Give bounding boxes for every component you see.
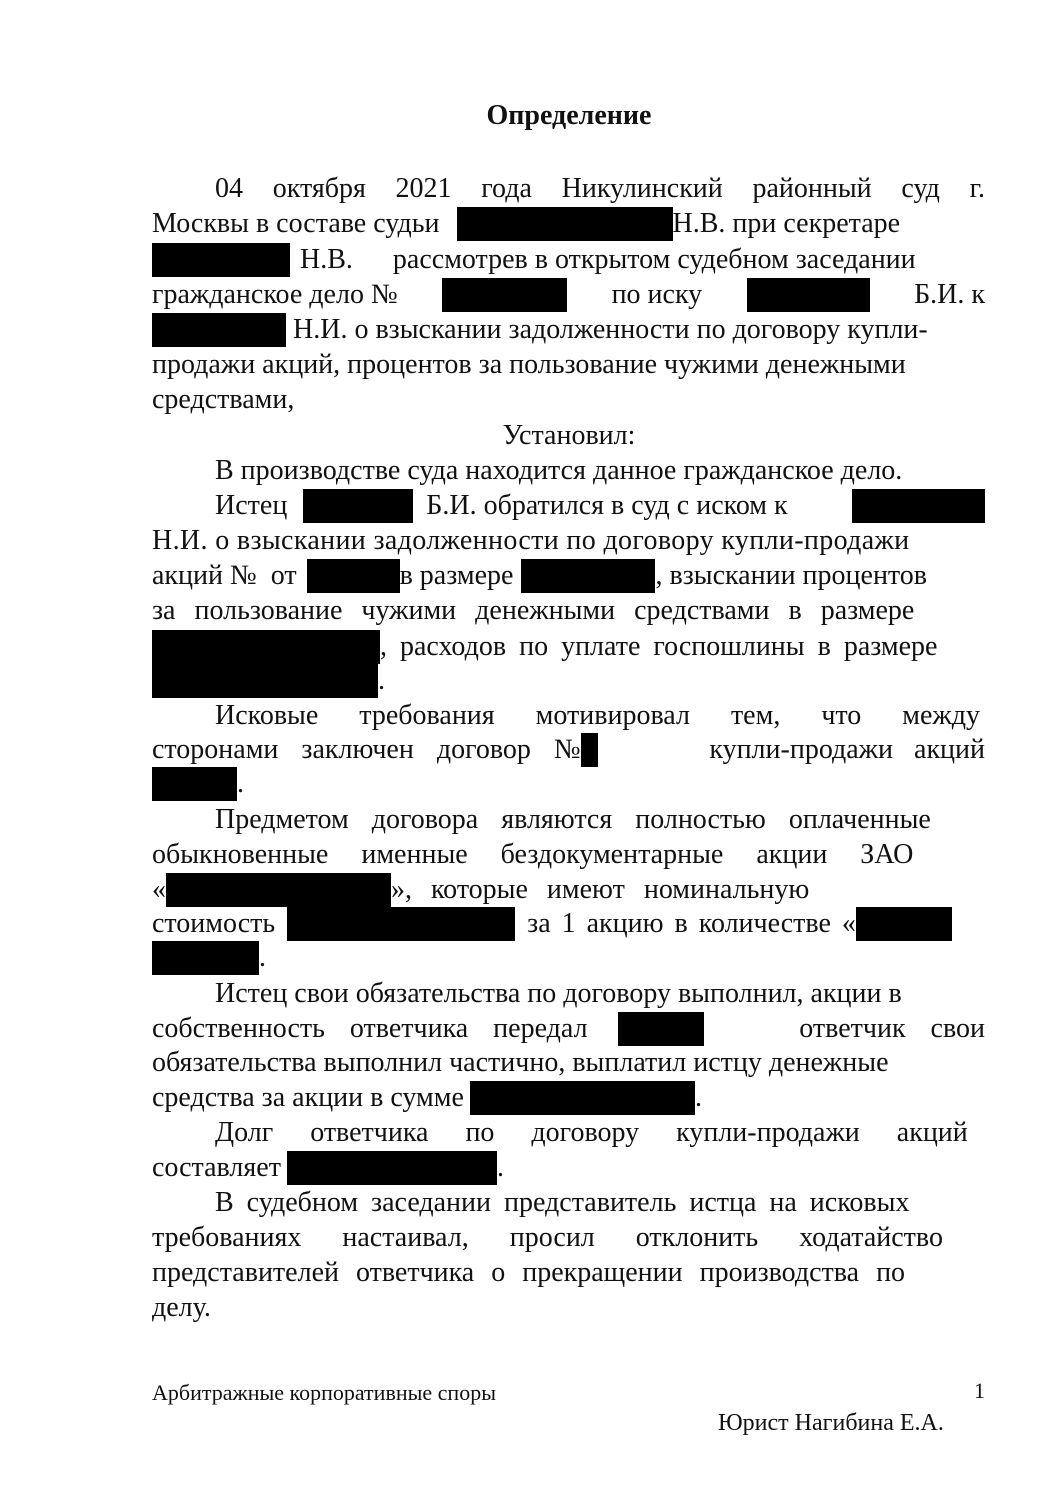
- text: рассмотрев в открытом судебном заседании: [393, 243, 916, 277]
- intro-line-7: средствами,: [152, 383, 985, 417]
- paragraph-2-line-4: за пользование чужими денежными средства…: [152, 594, 985, 628]
- text: В судебном заседании представитель истца…: [215, 1186, 909, 1220]
- text: 04: [215, 172, 243, 206]
- redaction-block: [307, 559, 400, 593]
- intro-line-5: Н.И. о взыскании задолженности по догово…: [152, 313, 985, 347]
- text: , взыскании процентов: [655, 559, 927, 593]
- text: Истец: [215, 489, 287, 523]
- text: средства за акции в сумме: [152, 1081, 464, 1115]
- text: в размере: [400, 559, 514, 593]
- redaction-block: [521, 559, 655, 593]
- redaction-block: [166, 873, 391, 907]
- text: .: [259, 941, 266, 975]
- redaction-block: [442, 278, 567, 312]
- redaction-block: [457, 207, 673, 241]
- text: Исковые требования мотивировал тем, что …: [215, 699, 980, 733]
- redaction-block: [152, 767, 237, 801]
- paragraph-2-line-3: акций № от в размере , взыскании процент…: [152, 559, 985, 593]
- redaction-block: [581, 733, 598, 767]
- redaction-block: [152, 664, 378, 698]
- text: купли-продажи акций: [709, 733, 985, 767]
- intro-line-6: продажи акций, процентов за пользование …: [152, 348, 985, 382]
- text: составляет: [152, 1151, 281, 1185]
- text: Долг ответчика по договору купли-продажи…: [215, 1116, 968, 1150]
- text: Н.В. при секретаре: [673, 207, 901, 241]
- paragraph-5-line-1: Истец свои обязательства по договору вып…: [215, 977, 985, 1011]
- paragraph-6-line-1: Долг ответчика по договору купли-продажи…: [215, 1116, 985, 1150]
- redaction-block: [287, 1151, 497, 1185]
- redaction-block: [152, 630, 380, 664]
- text: Москвы в составе судьи: [152, 207, 440, 241]
- text: акций № от: [152, 559, 297, 593]
- text: за пользование чужими денежными средства…: [152, 594, 914, 628]
- text: .: [237, 767, 244, 801]
- footer-author: Юрист Нагибина Е.А.: [718, 1410, 944, 1437]
- paragraph-5-line-2: собственность ответчика передал ответчик…: [152, 1012, 985, 1046]
- text: Предметом договора являются полностью оп…: [215, 803, 931, 837]
- paragraph-2-line-6: .: [152, 664, 985, 698]
- redaction-block: [747, 278, 870, 312]
- text: ответчик свои: [799, 1012, 985, 1046]
- paragraph-4-line-1: Предметом договора являются полностью оп…: [215, 803, 985, 837]
- text: года: [481, 172, 532, 206]
- text: средствами,: [152, 383, 294, 417]
- text: представителей ответчика о прекращении п…: [152, 1256, 905, 1290]
- text: Н.И. о взыскании задолженности по догово…: [152, 524, 910, 558]
- intro-line-3: Н.В. рассмотрев в открытом судебном засе…: [152, 243, 985, 277]
- text: 2021: [396, 172, 452, 206]
- paragraph-2-line-5: , расходов по уплате госпошлины в размер…: [152, 630, 985, 664]
- redaction-block: [856, 907, 952, 941]
- text: суд: [901, 172, 940, 206]
- redaction-block: [470, 1081, 695, 1115]
- paragraph-4-line-2: обыкновенные именные бездокументарные ак…: [152, 838, 985, 872]
- document-title: Определение: [0, 100, 1061, 132]
- text: обязательства выполнил частично, выплати…: [152, 1046, 889, 1080]
- text: делу.: [152, 1291, 211, 1325]
- text: обыкновенные именные бездокументарные ак…: [152, 838, 913, 872]
- paragraph-7-line-3: представителей ответчика о прекращении п…: [152, 1256, 985, 1290]
- paragraph-4-line-4: стоимость за 1 акцию в количестве «: [152, 907, 985, 941]
- text: Б.И. обратился в суд с иском к: [426, 489, 787, 523]
- text: Никулинский: [562, 172, 723, 206]
- text: за 1 акцию в количестве «: [527, 907, 856, 941]
- paragraph-5-line-4: средства за акции в сумме .: [152, 1081, 985, 1115]
- text: г.: [970, 172, 985, 206]
- intro-line-2: Москвы в составе судьи Н.В. при секретар…: [152, 207, 985, 241]
- footer-left-text: Арбитражные корпоративные споры: [152, 1380, 496, 1406]
- text: Н.И. о взыскании задолженности по догово…: [293, 313, 928, 347]
- text: », которые имеют номинальную: [391, 873, 809, 907]
- paragraph-7-line-4: делу.: [152, 1291, 985, 1325]
- text: по иску: [612, 278, 703, 312]
- paragraph-2-line-1: Истец Б.И. обратился в суд с иском к: [215, 489, 985, 523]
- paragraph-5-line-3: обязательства выполнил частично, выплати…: [152, 1046, 985, 1080]
- text: В производстве суда находится данное гра…: [215, 454, 902, 488]
- text: .: [497, 1151, 504, 1185]
- paragraph-7-line-1: В судебном заседании представитель истца…: [215, 1186, 985, 1220]
- text: сторонами заключен договор №: [152, 733, 581, 767]
- text: гражданское дело №: [152, 278, 398, 312]
- paragraph-3-line-2: сторонами заключен договор № купли-прода…: [152, 733, 985, 767]
- section-heading: Установил:: [0, 419, 1061, 453]
- text: собственность ответчика передал: [152, 1012, 588, 1046]
- paragraph-1: В производстве суда находится данное гра…: [215, 454, 985, 488]
- text: Н.В.: [300, 243, 353, 277]
- page-number: 1: [974, 1378, 985, 1404]
- text: Истец свои обязательства по договору вып…: [215, 977, 902, 1011]
- paragraph-6-line-2: составляет .: [152, 1151, 985, 1185]
- text: районный: [752, 172, 871, 206]
- redaction-block: [152, 243, 290, 277]
- text: продажи акций, процентов за пользование …: [152, 348, 906, 382]
- paragraph-2-line-2: Н.И. о взыскании задолженности по догово…: [152, 524, 985, 558]
- redaction-block: [287, 907, 515, 941]
- intro-line-4: гражданское дело № по иску Б.И. к: [152, 278, 985, 312]
- paragraph-4-line-5: .: [152, 941, 985, 975]
- text: стоимость: [152, 907, 275, 941]
- intro-line-1: 04 октября 2021 года Никулинский районны…: [215, 172, 985, 206]
- redaction-block: [152, 941, 259, 975]
- text: .: [695, 1081, 702, 1115]
- redaction-block: [303, 489, 413, 523]
- redaction-block: [852, 489, 985, 523]
- redaction-block: [152, 313, 286, 347]
- redaction-block: [618, 1012, 704, 1046]
- text: , расходов по уплате госпошлины в размер…: [380, 630, 938, 664]
- paragraph-3-line-1: Исковые требования мотивировал тем, что …: [215, 699, 985, 733]
- paragraph-7-line-2: требованиях настаивал, просил отклонить …: [152, 1221, 985, 1255]
- paragraph-4-line-3: « », которые имеют номинальную: [152, 873, 985, 907]
- text: «: [152, 873, 166, 907]
- text: октября: [273, 172, 366, 206]
- text: требованиях настаивал, просил отклонить …: [152, 1221, 943, 1255]
- paragraph-3-line-3: .: [152, 767, 985, 801]
- text: .: [378, 664, 385, 698]
- text: Б.И. к: [914, 278, 985, 312]
